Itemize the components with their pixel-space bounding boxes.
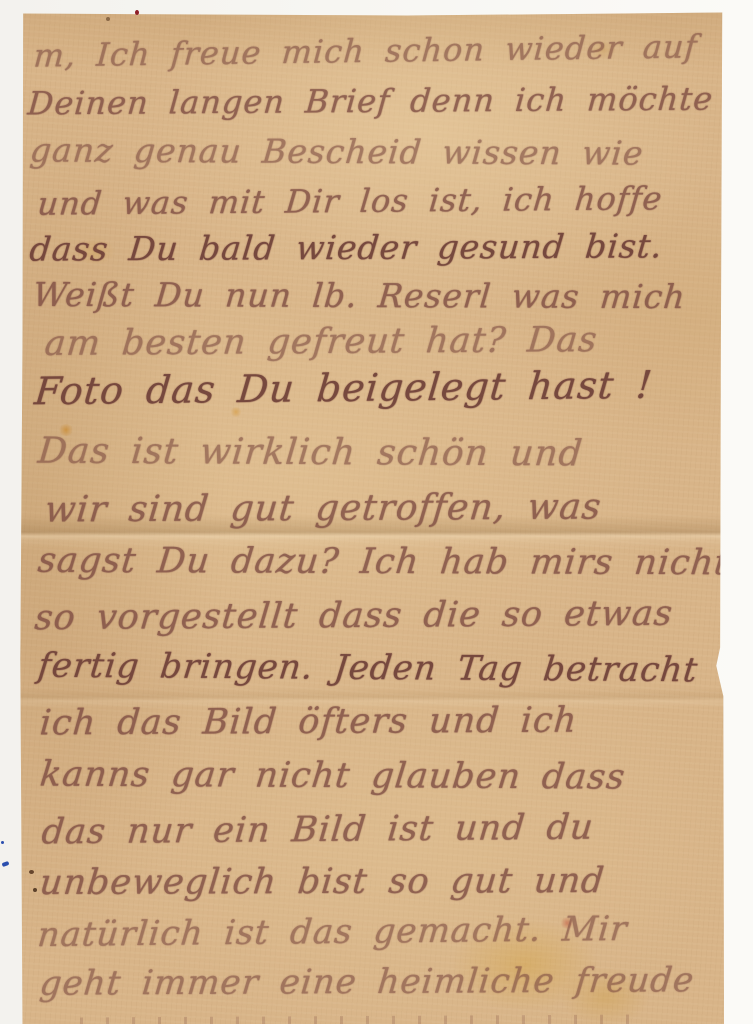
handwriting-line: ich das Bild öfters und ich: [38, 701, 579, 744]
handwriting-line: Deinen langen Brief denn ich möchte: [26, 80, 714, 123]
handwriting-line: natürlich ist das gemacht. Mir: [36, 909, 630, 955]
handwriting-line: ganz genau Bescheid wissen wie: [28, 130, 645, 172]
handwriting-line: das nur ein Bild ist und du: [40, 808, 596, 853]
handwriting-line: kanns gar nicht glauben dass: [38, 754, 628, 797]
red-speck: [135, 10, 139, 15]
cutoff-line-strokes: [80, 1015, 640, 1024]
handwriting-line: Foto das Du beigelegt hast !: [33, 363, 655, 413]
handwriting-line: dass Du bald wieder gesund bist.: [28, 226, 665, 268]
scanner-background: m, Ich freue mich schon wieder auf Deine…: [0, 0, 753, 1024]
blue-ink-speck: [1, 841, 4, 844]
blue-ink-dash: [2, 861, 10, 867]
handwriting-layer: m, Ich freue mich schon wieder auf Deine…: [20, 12, 724, 1024]
handwriting-line: wir sind gut getroffen, was: [43, 487, 604, 531]
handwriting-line: am besten gefreut hat? Das: [43, 320, 600, 364]
handwriting-line: Weißt Du nun lb. Reserl was mich: [31, 275, 687, 316]
handwriting-line: geht immer eine heimliche freude: [38, 960, 696, 1003]
handwriting-line: und was mit Dir los ist, ich hoffe: [36, 179, 665, 222]
handwriting-line: Das ist wirklich schön und: [36, 431, 584, 475]
handwriting-line: m, Ich freue mich schon wieder auf: [32, 27, 699, 74]
handwriting-line: unbeweglich bist so gut und: [38, 861, 607, 903]
letter-page: m, Ich freue mich schon wieder auf Deine…: [20, 12, 724, 1024]
handwriting-line: sagst Du dazu? Ich hab mirs nicht: [36, 541, 732, 583]
handwriting-line: so vorgestellt dass die so etwas: [33, 594, 675, 638]
handwriting-line: fertig bringen. Jeden Tag betracht: [36, 646, 700, 691]
